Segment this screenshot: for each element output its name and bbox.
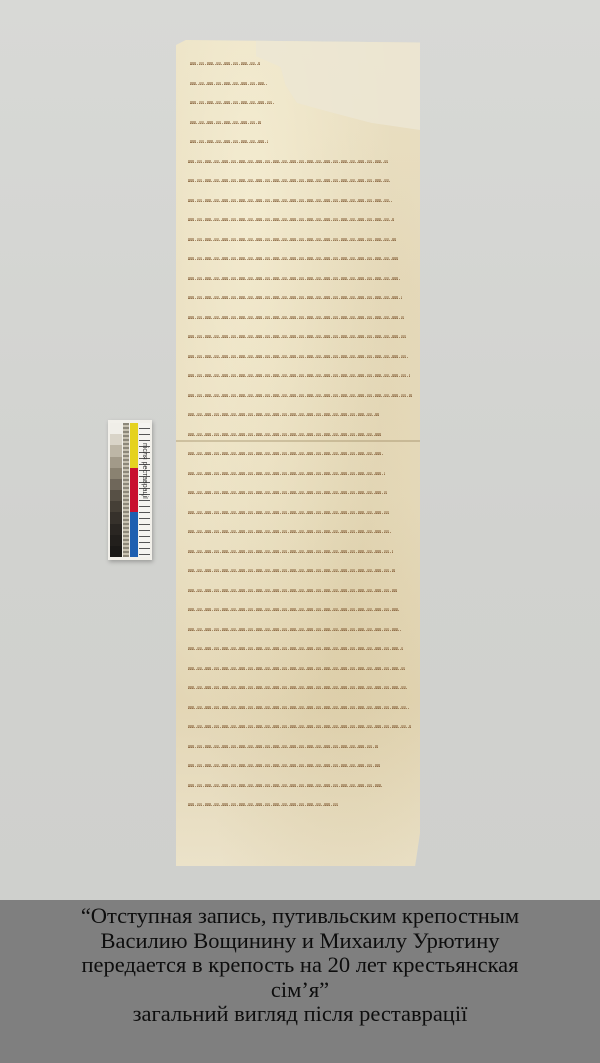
ruler-label: після реставрації [141,443,148,499]
handwriting-line [188,199,392,202]
gray-step [110,512,122,523]
color-patch [130,468,138,513]
handwriting-line [188,238,396,241]
handwriting-line [188,764,380,767]
handwriting-line [188,745,378,748]
handwriting-line [190,82,267,85]
gray-step [110,434,122,445]
handwriting-line [188,589,397,592]
handwriting-line [188,316,404,319]
handwriting-line [188,511,389,514]
caption-line-5: загальний вигляд після реставрації [0,1002,600,1027]
handwriting-line [188,160,388,163]
handwriting-line [188,257,398,260]
caption-line-3: передается в крепость на 20 лет крестьян… [0,953,600,978]
handwriting-line [188,218,394,221]
handwriting-line [188,530,391,533]
handwriting-line [188,628,401,631]
handwriting-line [188,725,411,728]
handwriting-line [188,335,406,338]
handwriting-line [190,140,268,143]
damaged-corner [256,40,420,130]
gray-step [110,468,122,479]
handwriting-line [188,394,412,397]
gray-step [110,535,122,546]
color-patch [130,512,138,557]
handwriting-line [188,647,403,650]
handwriting-line [188,355,408,358]
handwriting-line [188,803,338,806]
handwriting-line [190,62,260,65]
handwriting-line [188,277,400,280]
handwriting-line [188,179,390,182]
caption-band: “Отступная запись, путивльским крепостны… [0,900,600,1063]
ruler-strip [123,423,129,557]
gray-scale-steps [110,423,122,557]
handwriting-line [188,413,379,416]
handwriting-line [188,706,409,709]
caption-line-2: Василию Вощинину и Михаилу Урютину [0,929,600,954]
color-scale-card: після реставрації [108,420,152,560]
caption-line-1: “Отступная запись, путивльским крепостны… [0,904,600,929]
document-photo: після реставрації [0,0,600,900]
handwriting-line [188,667,405,670]
handwriting-line [190,101,274,104]
color-patches [130,423,138,557]
color-patch [130,423,138,468]
gray-step [110,490,122,501]
handwriting-line [188,491,387,494]
handwriting-line [188,433,381,436]
handwriting-line [188,784,382,787]
gray-step [110,423,122,434]
manuscript-scroll [176,40,420,866]
gray-step [110,457,122,468]
fold-line [176,440,420,442]
handwriting-line [188,608,399,611]
ruler: після реставрації [139,423,150,557]
handwriting-line [188,569,395,572]
handwriting-line [188,374,410,377]
handwriting-line [188,686,407,689]
caption-line-4: сім’я” [0,978,600,1003]
gray-step [110,501,122,512]
gray-step [110,445,122,456]
handwriting-line [190,121,261,124]
handwriting-line [188,550,393,553]
gray-step [110,524,122,535]
gray-step [110,479,122,490]
handwriting-line [188,296,402,299]
gray-step [110,546,122,557]
handwriting-line [188,472,385,475]
handwriting-line [188,452,383,455]
